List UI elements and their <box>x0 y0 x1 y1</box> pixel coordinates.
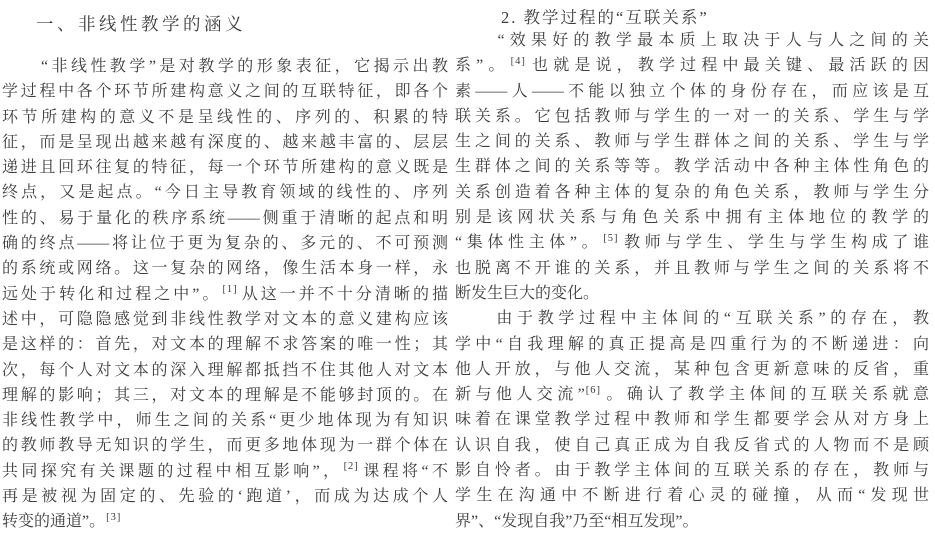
text-segment: 环节所建构的意义不是呈线性的、序列的、积累的特 <box>2 109 448 126</box>
text-line: 终点，又是起点。“今日主导教育领域的线性的、序列 <box>2 180 448 205</box>
text-line: 系”。[4]也就是说，教学过程中最关键、最活跃的因 <box>455 53 929 78</box>
text-line: 生之间的关系、教师与学生群体之间的关系、学生与学 <box>455 129 929 154</box>
citation-marker: [1] <box>221 284 238 295</box>
text-segment: 味着在课堂教学过程中教师和学生都要学会从对方身上 <box>455 411 929 428</box>
right-section-heading: 2. 教学过程的“互联关系” <box>501 6 709 30</box>
text-line: 的教师教导无知识的学生，而更多地体现为一群个体在 <box>2 433 448 458</box>
text-segment: 非线性教学中，师生之间的关系“更少地体现为有知识 <box>2 412 448 429</box>
text-line: 新与他人交流”[6]。确认了教学主体间的互联关系就意 <box>455 382 929 407</box>
left-section-heading: 一、非线性教学的涵义 <box>36 12 246 36</box>
text-segment: 联关系。它包括教师与学生的一对一的关系、学生与学 <box>455 108 929 125</box>
citation-marker: [2] <box>343 461 360 472</box>
text-segment: 素——人——不能以独立个体的身份存在，而应该是互 <box>455 83 929 100</box>
text-segment: 生之间的关系、教师与学生群体之间的关系、学生与学 <box>455 133 929 150</box>
text-segment: 述中，可隐隐感觉到非线性教学对文本的意义建构应该 <box>2 311 448 328</box>
citation-marker: [5] <box>602 233 619 244</box>
text-line: “非线性教学”是对教学的形象表征，它揭示出教 <box>2 54 448 79</box>
text-segment: 影自怜者。由于教学主体间的互联关系的存在，教师与 <box>455 462 929 479</box>
text-segment: 学过程中各个环节所建构意义之间的互联特征，即各个 <box>2 83 448 100</box>
text-segment: 别是该网状关系与角色关系中拥有主体地位的教学的 <box>455 209 929 226</box>
text-segment: 课程将“不 <box>360 463 448 480</box>
text-segment: 的教师教导无知识的学生，而更多地体现为一群个体在 <box>2 437 448 454</box>
text-line: 性的、易于量化的秩序系统——侧重于清晰的起点和明 <box>2 206 448 231</box>
text-segment: 递进且回环往复的特征，每一个环节所建构的意义既是 <box>2 159 448 176</box>
text-segment: 由于教学过程中主体间的“互联关系”的存在，教 <box>455 310 929 327</box>
left-column: 一、非线性教学的涵义 “非线性教学”是对教学的形象表征，它揭示出教学过程中各个环… <box>2 0 448 537</box>
text-line: 远处于转化和过程之中”。[1]从这一并不十分清晰的描 <box>2 282 448 307</box>
text-segment: 新与他人交流” <box>455 386 585 403</box>
text-segment: 转变的通道”。 <box>2 513 105 530</box>
text-line: 转变的通道”。[3] <box>2 509 448 534</box>
text-segment: 也就是说，教学过程中最关键、最活跃的因 <box>527 57 929 74</box>
text-segment: “效果好的教学最本质上取决于人与人之间的关 <box>455 32 929 49</box>
text-line: 界”、“发现自我”乃至“相互发现”。 <box>455 509 929 534</box>
text-line: 关系创造着各种主体的复杂的角色关系，教师与学生分 <box>455 180 929 205</box>
text-segment: 也脱离不开谁的关系，并且教师与学生之间的关系将不 <box>455 260 929 277</box>
text-segment: 系”。 <box>455 57 510 74</box>
text-line: 断发生巨大的变化。 <box>455 281 929 306</box>
text-line: 确的终点——将让位于更为复杂的、多元的、不可预测 <box>2 231 448 256</box>
text-line: 联关系。它包括教师与学生的一对一的关系、学生与学 <box>455 104 929 129</box>
text-line: 他人开放，与他人交流，某种包含更新意味的反省，重 <box>455 357 929 382</box>
text-segment: 征，而是呈现出越来越有深度的、越来越丰富的、层层 <box>2 134 448 151</box>
text-line: 学生在沟通中不断进行着心灵的碰撞，从而“发现世 <box>455 483 929 508</box>
text-line: 是这样的：首先，对文本的理解不求答案的唯一性；其 <box>2 332 448 357</box>
text-segment: 的系统或网络。这一复杂的网络，像生活本身一样，永 <box>2 260 448 277</box>
text-segment: 终点，又是起点。“今日主导教育领域的线性的、序列 <box>2 184 448 201</box>
text-segment: 确的终点——将让位于更为复杂的、多元的、不可预测 <box>2 235 448 252</box>
text-line: 述中，可隐隐感觉到非线性教学对文本的意义建构应该 <box>2 307 448 332</box>
text-line: 也脱离不开谁的关系，并且教师与学生之间的关系将不 <box>455 256 929 281</box>
citation-marker: [6] <box>585 385 602 396</box>
text-segment: 认识自我，使自己真正成为自我反省式的人物而不是顾 <box>455 437 929 454</box>
text-line: 共同探究有关课题的过程中相互影响”，[2]课程将“不 <box>2 459 448 484</box>
text-segment: 是这样的：首先，对文本的理解不求答案的唯一性；其 <box>2 336 448 353</box>
text-segment: 界”、“发现自我”乃至“相互发现”。 <box>455 513 699 530</box>
text-line: 生群体之间的关系等等。教学活动中各种主体性角色的 <box>455 154 929 179</box>
document-page: 一、非线性教学的涵义 “非线性教学”是对教学的形象表征，它揭示出教学过程中各个环… <box>0 0 935 537</box>
text-line: 再是被视为固定的、先验的‘跑道’，而成为达成个人 <box>2 484 448 509</box>
right-column-text: “效果好的教学最本质上取决于人与人之间的关系”。[4]也就是说，教学过程中最关键… <box>455 28 929 534</box>
text-line: 环节所建构的意义不是呈线性的、序列的、积累的特 <box>2 105 448 130</box>
text-line: 由于教学过程中主体间的“互联关系”的存在，教 <box>455 306 929 331</box>
text-segment: 学中“自我理解的真正提高是四重行为的不断递进：向 <box>455 336 929 353</box>
text-line: 味着在课堂教学过程中教师和学生都要学会从对方身上 <box>455 407 929 432</box>
text-line: 认识自我，使自己真正成为自我反省式的人物而不是顾 <box>455 433 929 458</box>
text-segment: “非线性教学”是对教学的形象表征，它揭示出教 <box>2 58 448 75</box>
text-line: “集体性主体”。[5]教师与学生、学生与学生构成了谁 <box>455 230 929 255</box>
text-segment: 学生在沟通中不断进行着心灵的碰撞，从而“发现世 <box>455 487 929 504</box>
text-segment: 关系创造着各种主体的复杂的角色关系，教师与学生分 <box>455 184 929 201</box>
text-line: 的系统或网络。这一复杂的网络，像生活本身一样，永 <box>2 256 448 281</box>
text-line: 影自怜者。由于教学主体间的互联关系的存在，教师与 <box>455 458 929 483</box>
text-segment: 再是被视为固定的、先验的‘跑道’，而成为达成个人 <box>2 488 448 505</box>
text-line: 理解的影响；其三，对文本的理解是不能够封顶的。在 <box>2 383 448 408</box>
text-segment: 远处于转化和过程之中”。 <box>2 286 221 303</box>
text-line: “效果好的教学最本质上取决于人与人之间的关 <box>455 28 929 53</box>
citation-marker: [3] <box>105 512 122 523</box>
text-segment: 他人开放，与他人交流，某种包含更新意味的反省，重 <box>455 361 929 378</box>
left-column-text: “非线性教学”是对教学的形象表征，它揭示出教学过程中各个环节所建构意义之间的互联… <box>2 54 448 535</box>
text-line: 学中“自我理解的真正提高是四重行为的不断递进：向 <box>455 332 929 357</box>
text-segment: 次，每个人对文本的深入理解都抵挡不住其他人对文本 <box>2 362 448 379</box>
text-line: 征，而是呈现出越来越有深度的、越来越丰富的、层层 <box>2 130 448 155</box>
text-segment: 。确认了教学主体间的互联关系就意 <box>602 386 929 403</box>
text-segment: 共同探究有关课题的过程中相互影响”， <box>2 463 343 480</box>
text-line: 非线性教学中，师生之间的关系“更少地体现为有知识 <box>2 408 448 433</box>
text-segment: 理解的影响；其三，对文本的理解是不能够封顶的。在 <box>2 387 448 404</box>
text-segment: 断发生巨大的变化。 <box>455 285 599 302</box>
text-segment: 生群体之间的关系等等。教学活动中各种主体性角色的 <box>455 158 929 175</box>
text-line: 次，每个人对文本的深入理解都抵挡不住其他人对文本 <box>2 358 448 383</box>
text-segment: 教师与学生、学生与学生构成了谁 <box>620 234 929 251</box>
right-column: 2. 教学过程的“互联关系” “效果好的教学最本质上取决于人与人之间的关系”。[… <box>455 0 929 537</box>
text-line: 学过程中各个环节所建构意义之间的互联特征，即各个 <box>2 79 448 104</box>
text-line: 别是该网状关系与角色关系中拥有主体地位的教学的 <box>455 205 929 230</box>
text-line: 递进且回环往复的特征，每一个环节所建构的意义既是 <box>2 155 448 180</box>
text-line: 素——人——不能以独立个体的身份存在，而应该是互 <box>455 79 929 104</box>
text-segment: 从这一并不十分清晰的描 <box>239 286 448 303</box>
citation-marker: [4] <box>510 56 527 67</box>
text-segment: “集体性主体”。 <box>455 234 602 251</box>
text-segment: 性的、易于量化的秩序系统——侧重于清晰的起点和明 <box>2 210 448 227</box>
